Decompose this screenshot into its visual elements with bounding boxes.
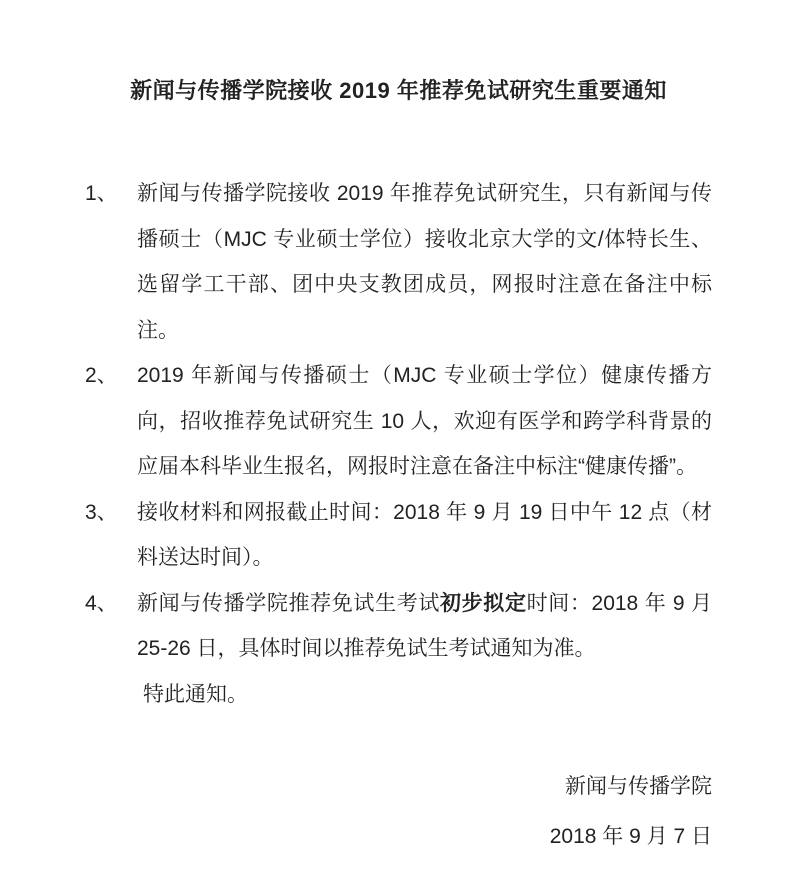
notice-document-page: 新闻与传播学院接收 2019 年推荐免试研究生重要通知 1、 新闻与传播学院接收…: [0, 0, 800, 879]
item-number: 4、: [85, 581, 137, 627]
notice-item: 3、 接收材料和网报截止时间：2018 年 9 月 19 日中午 12 点（材料…: [85, 490, 712, 581]
item-text: 接收材料和网报截止时间：2018 年 9 月 19 日中午 12 点（材料送达时…: [137, 490, 712, 581]
item-text: 新闻与传播学院推荐免试生考试初步拟定时间：2018 年 9 月 25-26 日，…: [137, 581, 712, 672]
item-text-segment: 新闻与传播学院推荐免试生考试: [137, 592, 440, 615]
signature-department: 新闻与传播学院: [85, 762, 712, 812]
item-text-bold-segment: 初步拟定: [440, 592, 527, 615]
document-title: 新闻与传播学院接收 2019 年推荐免试研究生重要通知: [85, 76, 712, 106]
notice-item: 4、 新闻与传播学院推荐免试生考试初步拟定时间：2018 年 9 月 25-26…: [85, 581, 712, 672]
item-number: 2、: [85, 353, 137, 399]
item-text: 新闻与传播学院接收 2019 年推荐免试研究生，只有新闻与传播硕士（MJC 专业…: [137, 171, 712, 353]
signature-block: 新闻与传播学院 2018 年 9 月 7 日: [85, 762, 712, 862]
closing-statement: 特此通知。: [143, 672, 712, 718]
item-text-segment: 新闻与传播学院接收 2019 年推荐免试研究生，只有新闻与传播硕士（MJC 专业…: [137, 182, 712, 342]
item-number: 1、: [85, 171, 137, 217]
item-text: 2019 年新闻与传播硕士（MJC 专业硕士学位）健康传播方向，招收推荐免试研究…: [137, 353, 712, 490]
notice-body: 1、 新闻与传播学院接收 2019 年推荐免试研究生，只有新闻与传播硕士（MJC…: [85, 171, 712, 862]
item-number: 3、: [85, 490, 137, 536]
signature-date: 2018 年 9 月 7 日: [85, 812, 712, 862]
notice-items-list: 1、 新闻与传播学院接收 2019 年推荐免试研究生，只有新闻与传播硕士（MJC…: [85, 171, 712, 672]
notice-item: 2、 2019 年新闻与传播硕士（MJC 专业硕士学位）健康传播方向，招收推荐免…: [85, 353, 712, 490]
item-text-segment: 接收材料和网报截止时间：2018 年 9 月 19 日中午 12 点（材料送达时…: [137, 501, 712, 570]
notice-item: 1、 新闻与传播学院接收 2019 年推荐免试研究生，只有新闻与传播硕士（MJC…: [85, 171, 712, 353]
item-text-segment: 2019 年新闻与传播硕士（MJC 专业硕士学位）健康传播方向，招收推荐免试研究…: [137, 364, 712, 478]
